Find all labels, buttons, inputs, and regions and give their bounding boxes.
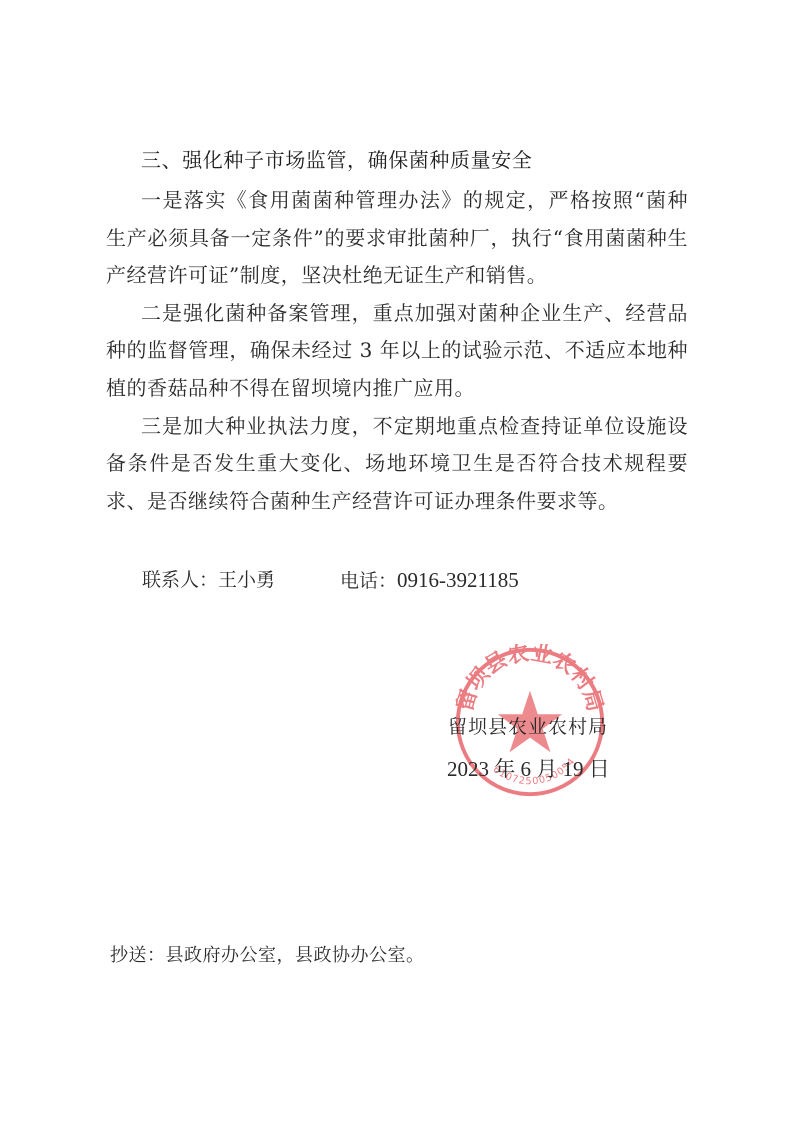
paragraph-line: 种的监督管理，确保未经过 3 年以上的试验示范、不适应本地种 [106,338,688,362]
contact-phone: 电话：0916-3921185 [340,568,519,593]
signature-organization: 留坝县农业农村局 [448,715,608,739]
paragraph-line: 二是强化菌种备案管理，重点加强对菌种企业生产、经营品 [141,301,688,325]
contact-person-label: 联系人： [142,569,218,591]
paragraph-line: 植的香菇品种不得在留坝境内推广应用。 [106,376,688,400]
paragraph-line: 产经营许可证”制度，坚决杜绝无证生产和销售。 [106,263,688,287]
paragraph-line: 三是加大种业执法力度，不定期地重点检查持证单位设施设 [141,414,688,438]
paragraph-line: 生产必须具备一定条件”的要求审批菌种厂，执行“食用菌菌种生 [106,226,688,250]
paragraph-line: 一是落实《食用菌菌种管理办法》的规定，严格按照“菌种 [141,188,688,212]
contact-person: 联系人：王小勇 [142,568,275,592]
cc-recipients: 县政府办公室，县政协办公室。 [166,945,425,966]
contact-phone-number: 0916-3921185 [397,568,519,592]
contact-person-name: 王小勇 [218,569,275,591]
contact-phone-label: 电话： [340,570,397,592]
cc-label: 抄送： [110,945,166,966]
cc-line: 抄送：县政府办公室，县政协办公室。 [110,944,425,968]
paragraph-line: 备条件是否发生重大变化、场地环境卫生是否符合技术规程要 [106,451,688,475]
paragraph-line: 求、是否继续符合菌种生产经营许可证办理条件要求等。 [106,489,688,513]
section-heading: 三、强化种子市场监管，确保菌种质量安全 [141,148,532,172]
signature-date: 2023 年 6 月 19 日 [447,757,610,781]
